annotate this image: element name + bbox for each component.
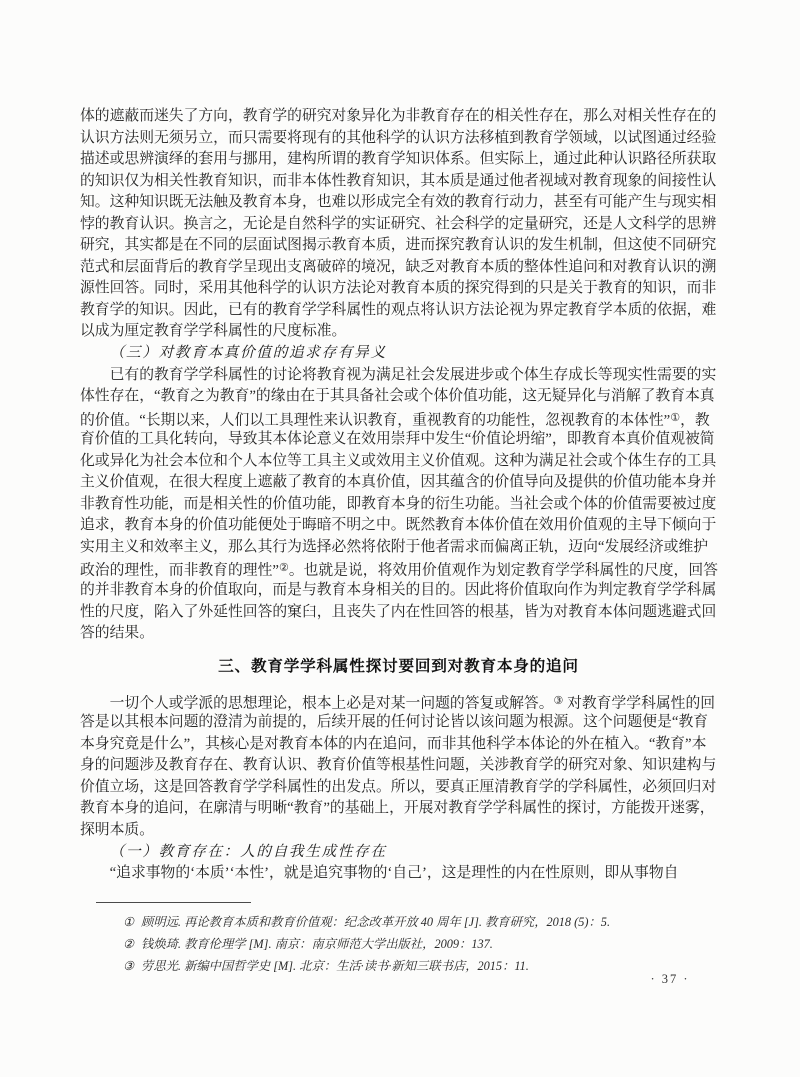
text-line: 体性存在，“教育之为教育”的缘由在于其具备社会或个体价值功能，这无疑异化与消解了… — [80, 386, 717, 408]
footnote-list: ①顾明远. 再论教育本质和教育价值观：纪念改革开放 40 周年 [J]. 教育研… — [80, 911, 717, 978]
text-line: 源性回答。同时，采用其他科学的认识方法论对教育本质的探究得到的只是关于教育的知识… — [80, 278, 717, 300]
text-line: 的价值。“长期以来，人们以工具理性来认识教育，重视教育的功能性，忽视教育的本体性… — [80, 408, 717, 430]
text-line: 实用主义和效率主义，那么其行为选择必然将依附于他者需求而偏离正轨，迈向“发展经济… — [80, 537, 717, 559]
text-line: 教育本身的追问，在廓清与明晰“教育”的基础上，开展对教育学学科属性的探讨，方能拨… — [80, 798, 717, 820]
text-line: 认识方法则无须另立，而只需要将现有的其他科学的认识方法移植到教育学领域，以试图通… — [80, 128, 717, 150]
text-line: 教育学的知识。因此，已有的教育学学科属性的观点将认识方法论视为界定教育学本质的依… — [80, 300, 717, 322]
text-line: 政治的理性，而非教育的理性”②。也就是说，将效用价值观作为划定教育学学科属性的尺… — [80, 558, 717, 580]
footnote-marker: ③ — [123, 959, 134, 973]
text-line: 非教育性功能，而是相关性的价值功能，即教育本身的衍生功能。当社会或个体的价值需要… — [80, 494, 717, 516]
text-line: 探明本质。 — [80, 820, 717, 842]
text-line: 研究，其实都是在不同的层面试图揭示教育本质，进而探究教育认识的发生机制，但这使不… — [80, 235, 717, 257]
text-line: 范式和层面背后的教育学呈现出支离破碎的境况，缺乏对教育本质的整体性追问和对教育认… — [80, 257, 717, 279]
footnote: ①顾明远. 再论教育本质和教育价值观：纪念改革开放 40 周年 [J]. 教育研… — [123, 911, 717, 933]
footnotes-section: ①顾明远. 再论教育本质和教育价值观：纪念改革开放 40 周年 [J]. 教育研… — [80, 902, 717, 978]
text-line: 本身究竟是什么”，其核心是对教育本体的内在追问，而非其他科学本体论的外在植入。“… — [80, 734, 717, 756]
footnote: ②钱焕琦. 教育伦理学 [M]. 南京：南京师范大学出版社，2009：137. — [123, 933, 717, 955]
text-line: 知。这种知识既无法触及教育本身，也难以形成完全有效的教育行动力，甚至有可能产生与… — [80, 192, 717, 214]
footnote-ref: ③ — [554, 695, 564, 707]
footnote-text: 顾明远. 再论教育本质和教育价值观：纪念改革开放 40 周年 [J]. 教育研究… — [141, 915, 610, 929]
text-line: 化或异化为社会本位和个人本位等工具主义或效用主义价值观。这种为满足社会或个体生存… — [80, 451, 717, 473]
article-body: 体的遮蔽而迷失了方向，教育学的研究对象异化为非教育存在的相关性存在，那么对相关性… — [80, 106, 717, 885]
footnote-ref: ② — [279, 562, 289, 574]
text-line: 答是以其根本问题的澄清为前提的，后续开展的任何讨论皆以该问题为根源。这个问题便是… — [80, 712, 717, 734]
text-line: “追求事物的‘本质’‘本性’，就是追究事物的‘自己’，这是理性的内在性原则，即从… — [80, 863, 717, 885]
text-line: 的并非教育本身的价值取向，而是与教育本身相关的目的。因此将价值取向作为判定教育学… — [80, 580, 717, 602]
text-line: 育价值的工具化转向，导致其本体论意义在效用崇拜中发生“价值论坍缩”，即教育本真价… — [80, 429, 717, 451]
text-line: 以成为厘定教育学学科属性的尺度标准。 — [80, 321, 717, 343]
text-line: 性的尺度，陷入了外延性回答的窠臼，且丧失了内在性回答的根基，皆为对教育本体问题逃… — [80, 602, 717, 624]
text-line: 悖的教育认识。换言之，无论是自然科学的实证研究、社会科学的定量研究，还是人文科学… — [80, 214, 717, 236]
text-line: 身的问题涉及教育存在、教育认识、教育价值等根基性问题，关涉教育学的研究对象、知识… — [80, 755, 717, 777]
text-line: 一切个人或学派的思想理论，根本上必是对某一问题的答复或解答。③ 对教育学学科属性… — [80, 691, 717, 713]
footnote-marker: ① — [123, 915, 134, 929]
footnote-ref: ① — [670, 412, 680, 424]
text-line: 已有的教育学学科属性的讨论将教育视为满足社会发展进步或个体生存成长等现实性需要的… — [80, 365, 717, 387]
text-line: 的知识仅为相关性教育知识，而非本体性教育知识，其本质是通过他者视域对教育现象的间… — [80, 171, 717, 193]
footnote-marker: ② — [123, 937, 134, 951]
text-line: 价值立场，这是回答教育学学科属性的出发点。所以，要真正厘清教育学的学科属性，必须… — [80, 777, 717, 799]
subsection-heading: （一）教育存在：人的自我生成性存在 — [80, 842, 717, 864]
footnote-text: 劳思光. 新编中国哲学史 [M]. 北京：生活·读书·新知三联书店，2015：1… — [141, 959, 529, 973]
footnote-text: 钱焕琦. 教育伦理学 [M]. 南京：南京师范大学出版社，2009：137. — [141, 937, 493, 951]
text-line: 主义价值观，在很大程度上遮蔽了教育的本真价值，因其蕴含的价值导向及提供的价值功能… — [80, 472, 717, 494]
page-number: · 37 · — [628, 972, 712, 987]
subsection-heading: （三）对教育本真价值的追求存有异义 — [80, 343, 717, 365]
text-line: 追求，教育本身的价值功能便处于晦暗不明之中。既然教育本体价值在效用价值观的主导下… — [80, 515, 717, 537]
section-heading: 三、教育学学科属性探讨要回到对教育本身的追问 — [80, 656, 717, 678]
text-line: 体的遮蔽而迷失了方向，教育学的研究对象异化为非教育存在的相关性存在，那么对相关性… — [80, 106, 717, 128]
footnote-divider — [96, 902, 251, 903]
text-line: 描述或思辨演绎的套用与挪用，建构所谓的教育学知识体系。但实际上，通过此种认识路径… — [80, 149, 717, 171]
document-page: 体的遮蔽而迷失了方向，教育学的研究对象异化为非教育存在的相关性存在，那么对相关性… — [0, 0, 800, 1077]
text-line: 答的结果。 — [80, 623, 717, 645]
